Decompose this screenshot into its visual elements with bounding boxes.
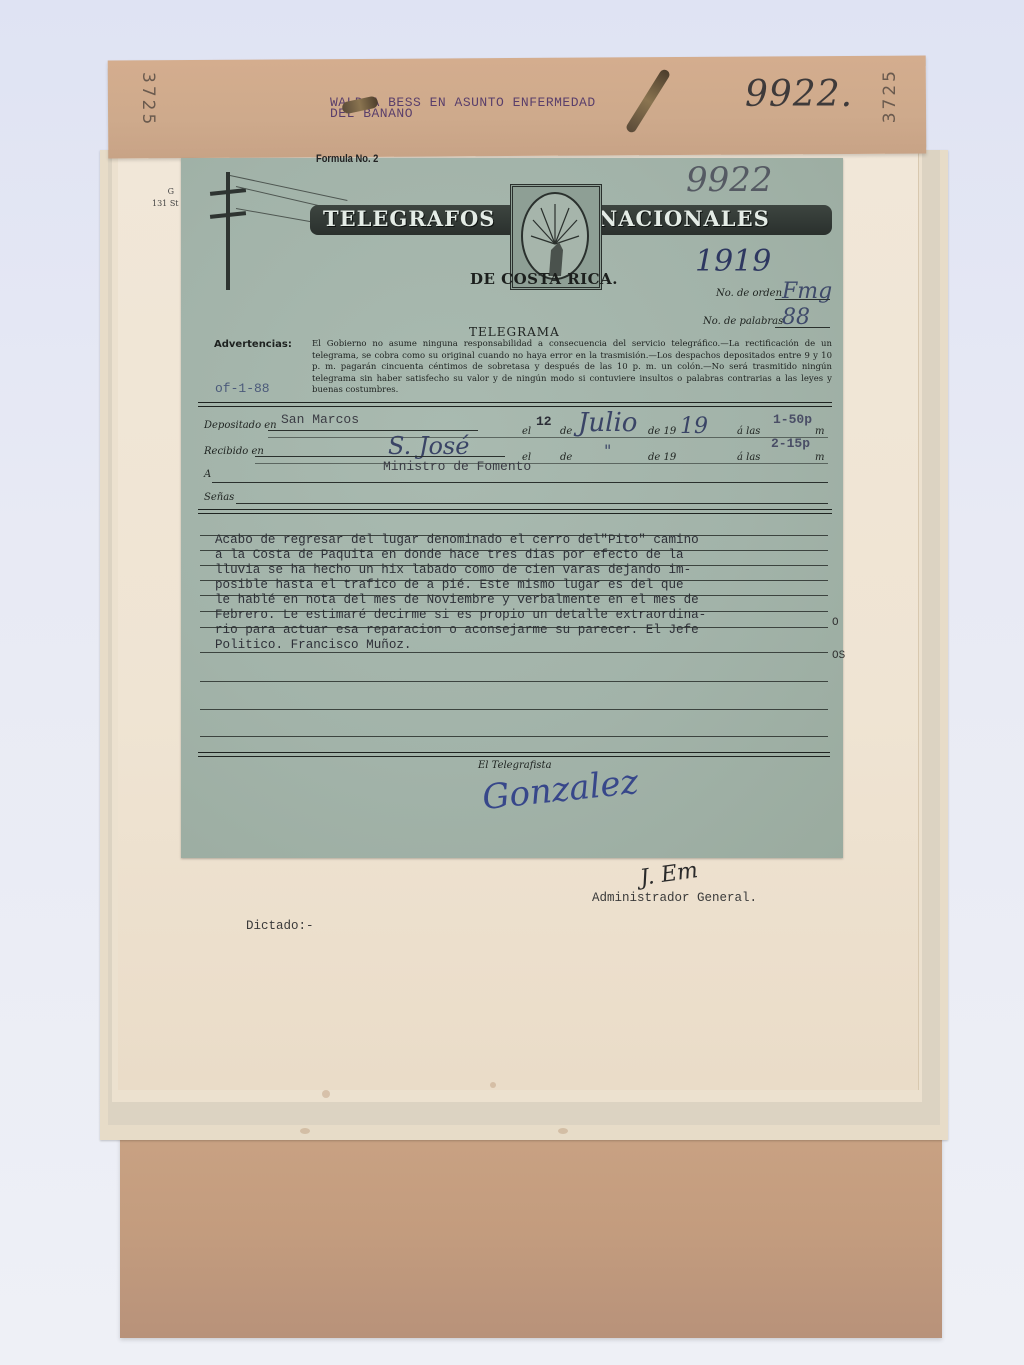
a-label: A — [204, 469, 211, 480]
mes-value: Julio — [578, 408, 637, 438]
cardboard-folder-back — [120, 1128, 942, 1338]
message-divider — [198, 509, 832, 514]
orden-line — [775, 299, 830, 300]
telegram-title: TELEGRAMA — [469, 325, 560, 339]
ruled-line — [200, 611, 828, 612]
letterhead-fragment: G 131 St — [152, 186, 179, 210]
header-divider — [198, 402, 832, 407]
a-line — [212, 482, 828, 483]
ruled-line — [200, 550, 828, 551]
letter-margin-fragment: OS — [832, 650, 845, 662]
foxing-stain — [490, 1082, 496, 1088]
form-number: Formula No. 2 — [316, 153, 378, 165]
lightning-bolts-icon — [523, 194, 587, 278]
letterhead-line-2: 131 St — [152, 198, 179, 210]
anio-value: 19 — [680, 414, 708, 439]
ruled-line — [200, 736, 828, 737]
ruled-line — [200, 652, 828, 653]
de-label: de — [560, 426, 572, 437]
depositado-value: San Marcos — [281, 412, 359, 427]
handwritten-file-number-telegram: 9922 — [686, 160, 773, 200]
office-code: of-1-88 — [215, 381, 270, 396]
m-label: m — [815, 426, 824, 437]
foxing-stain — [322, 1090, 330, 1098]
letterhead-line-1: G — [152, 186, 174, 198]
el-label: el — [522, 426, 531, 437]
foxing-stain — [558, 1128, 568, 1134]
message-line: rio para actuar esa reparacion o aconsej… — [215, 623, 855, 638]
palabras-label: No. de palabras — [703, 316, 783, 327]
hora-recibido: 2-15p — [771, 436, 810, 451]
administrator-title: Administrador General. — [592, 891, 757, 905]
emblem-oval — [521, 192, 589, 280]
foxing-stain — [300, 1128, 310, 1134]
a-las-label-2: á las — [737, 452, 760, 463]
message-line: Politico. Francisco Muñoz. — [215, 638, 855, 653]
handwritten-file-number: 9922. — [745, 74, 853, 115]
ruled-line — [200, 681, 828, 682]
orden-label: No. de orden — [716, 288, 782, 299]
dictado-label: Dictado:- — [246, 919, 314, 933]
orden-value: Fmg — [782, 279, 832, 304]
ruled-line — [200, 709, 828, 710]
ruled-line — [200, 627, 828, 628]
anio-prefix: de 19 — [648, 426, 676, 437]
telegram-message: Acabo de regresar del lugar denominado e… — [215, 518, 855, 668]
archive-number-right: 3725 — [880, 68, 900, 123]
banner-nacionales: NACIONALES — [598, 206, 770, 231]
letterhead-subtitle: DE COSTA RICA. — [470, 270, 618, 288]
m-label-2: m — [815, 452, 824, 463]
advertencias-text: El Gobierno no asume ninguna responsabil… — [312, 339, 832, 397]
palabras-line — [775, 327, 830, 328]
senas-line — [236, 503, 828, 504]
anio-prefix-2: de 19 — [648, 452, 676, 463]
banner-telegrafos: TELEGRAFOS — [323, 206, 495, 231]
dia-value: 12 — [536, 414, 552, 429]
depositado-label: Depositado en — [204, 420, 277, 431]
letter-margin-fragment: O — [832, 617, 839, 629]
archive-number-left: 3725 — [138, 72, 158, 127]
footer-divider — [198, 752, 830, 757]
depositado-line — [268, 430, 478, 431]
a-las-label: á las — [737, 426, 760, 437]
recibido-line — [255, 456, 505, 457]
ruled-line — [200, 595, 828, 596]
ruled-line — [200, 565, 828, 566]
advertencias-label: Advertencias: — [214, 339, 292, 350]
de-label-2: de — [560, 452, 572, 463]
telegrafista-label: El Telegrafista — [478, 760, 552, 771]
handwritten-year: 1919 — [695, 244, 771, 279]
senas-label: Señas — [204, 492, 234, 503]
hora-depositado: 1-50p — [773, 412, 812, 427]
recibido-mes-value: " — [604, 441, 611, 460]
recibido-baseline — [255, 463, 828, 464]
depositado-baseline — [268, 437, 828, 438]
a-value: Ministro de Fomento — [383, 459, 531, 474]
ruled-line — [200, 580, 828, 581]
ruled-line — [200, 535, 828, 536]
